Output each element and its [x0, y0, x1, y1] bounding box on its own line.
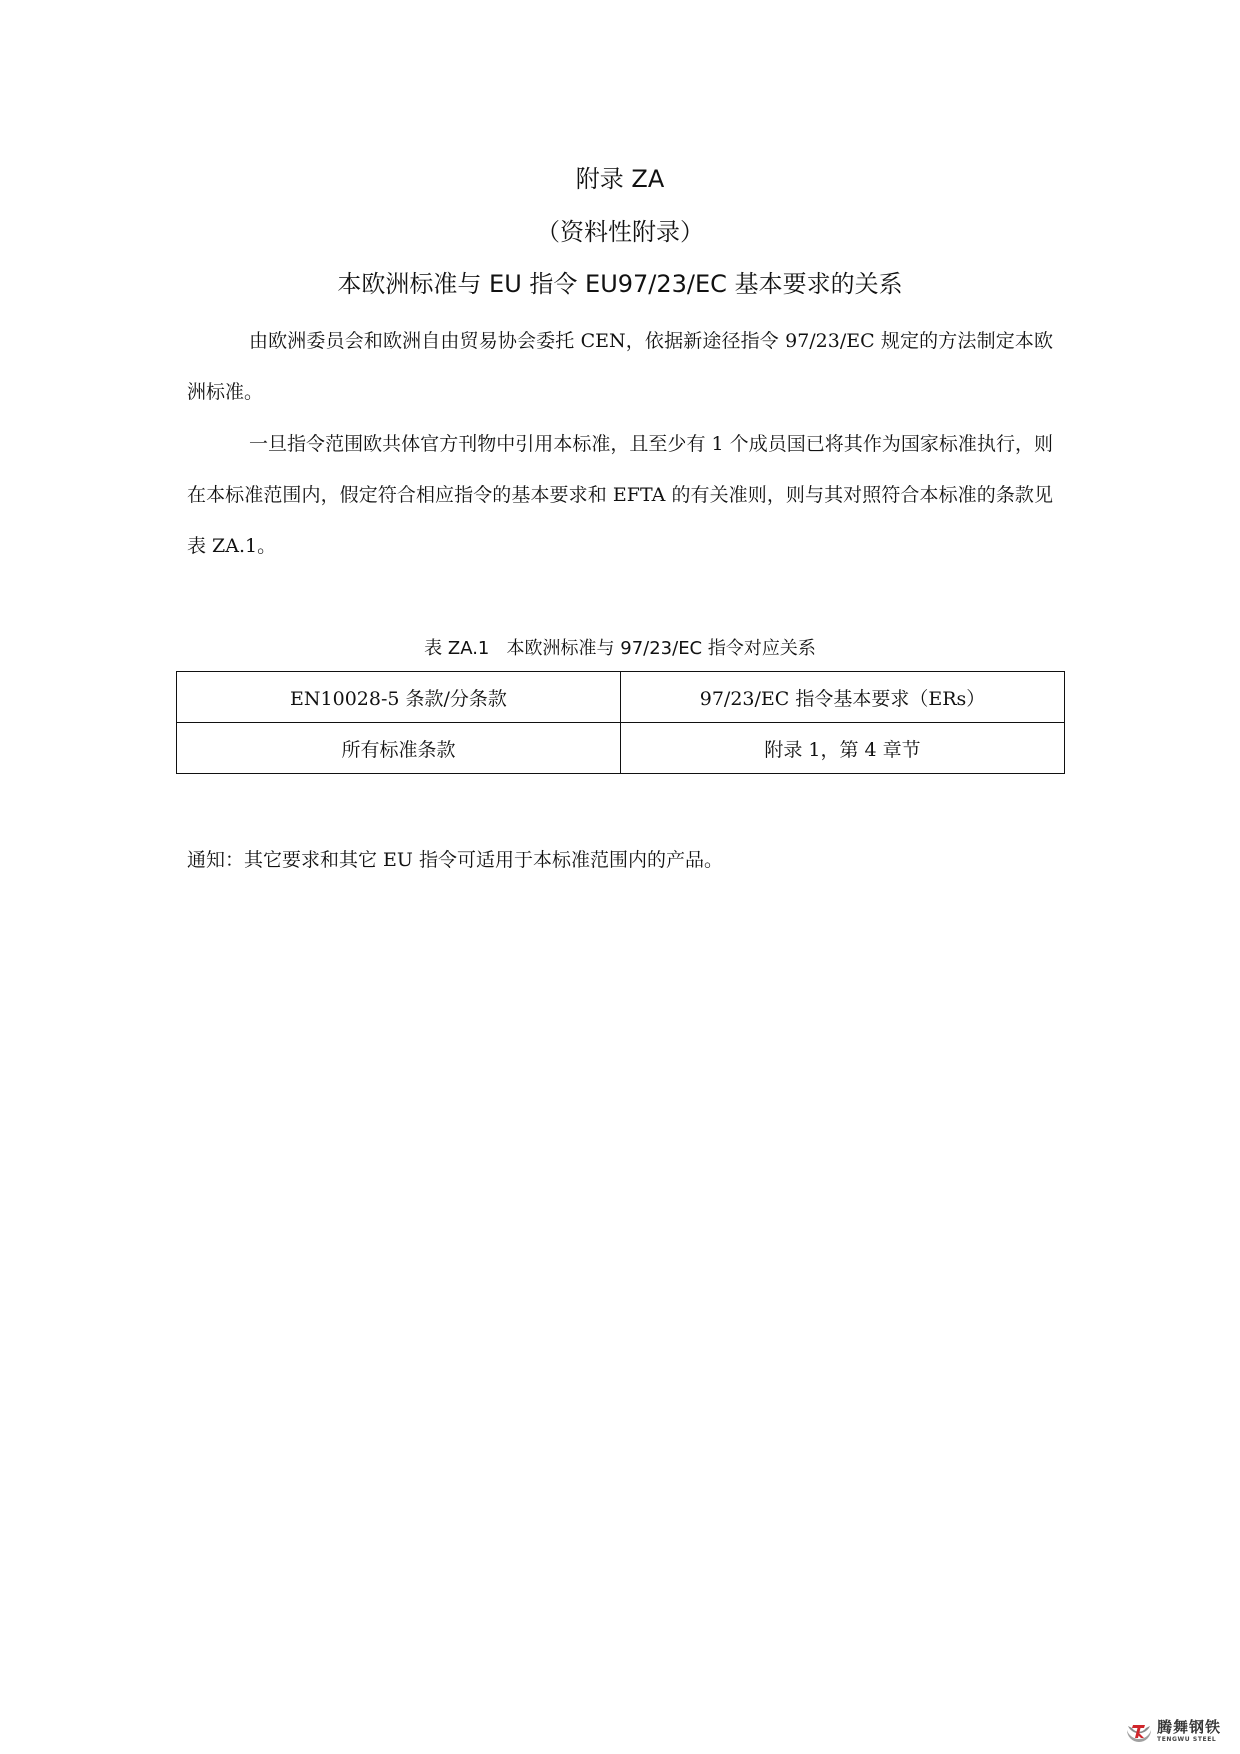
correspondence-table: EN10028-5 条款/分条款 97/23/EC 指令基本要求（ERs） 所有…	[176, 671, 1065, 774]
paragraph-mandate: 由欧洲委员会和欧洲自由贸易协会委托 CEN，依据新途径指令 97/23/EC 规…	[187, 316, 1053, 418]
table-header-cell: 97/23/EC 指令基本要求（ERs）	[621, 672, 1065, 723]
paragraph-conformity: 一旦指令范围欧共体官方刊物中引用本标准，且至少有 1 个成员国已将其作为国家标准…	[187, 419, 1053, 572]
tengwu-swoosh-icon	[1124, 1716, 1154, 1746]
tengwu-steel-logo: 腾舞钢铁 TENGWU STEEL	[1124, 1714, 1232, 1748]
table-cell: 附录 1，第 4 章节	[621, 723, 1065, 774]
table-header-row: EN10028-5 条款/分条款 97/23/EC 指令基本要求（ERs）	[177, 672, 1065, 723]
annex-subtitle: （资料性附录）	[0, 217, 1240, 247]
logo-name-en: TENGWU STEEL	[1157, 1737, 1221, 1743]
table-header-cell: EN10028-5 条款/分条款	[177, 672, 621, 723]
logo-name-cn: 腾舞钢铁	[1157, 1720, 1221, 1735]
annex-main-heading: 本欧洲标准与 EU 指令 EU97/23/EC 基本要求的关系	[0, 269, 1240, 299]
notice-text: 通知：其它要求和其它 EU 指令可适用于本标准范围内的产品。	[187, 846, 723, 874]
table-cell: 所有标准条款	[177, 723, 621, 774]
annex-title: 附录 ZA	[0, 164, 1240, 194]
table-caption: 表 ZA.1 本欧洲标准与 97/23/EC 指令对应关系	[0, 636, 1240, 662]
table-row: 所有标准条款 附录 1，第 4 章节	[177, 723, 1065, 774]
